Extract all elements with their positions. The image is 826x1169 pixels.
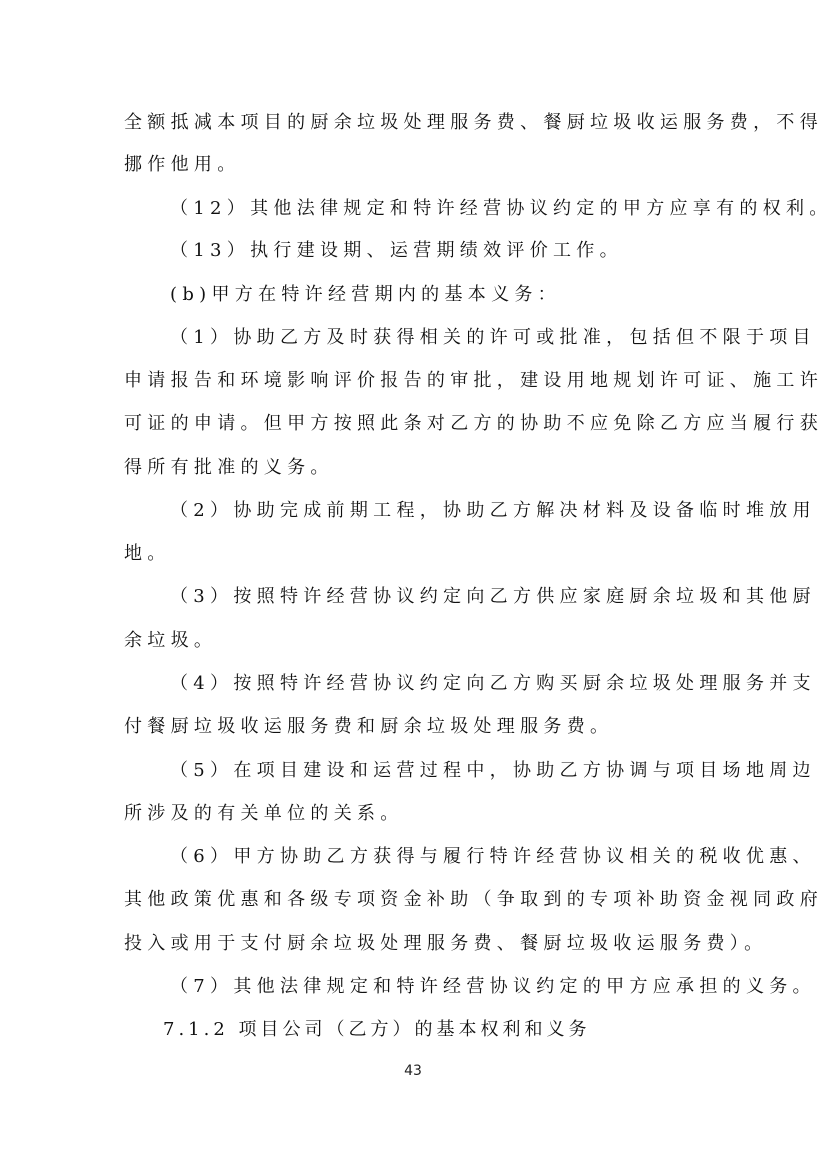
list-item-1: （1）协助乙方及时获得相关的许可或批准，包括但不限于项目 xyxy=(170,326,750,350)
list-item-5: （5）在项目建设和运营过程中，协助乙方协调与项目场地周边 xyxy=(170,759,750,783)
list-item-2: （2）协助完成前期工程，协助乙方解决材料及设备临时堆放用 xyxy=(170,499,750,523)
list-item-13: （13）执行建设期、运营期绩效评价工作。 xyxy=(170,239,750,263)
text-line: 付餐厨垃圾收运服务费和厨余垃圾处理服务费。 xyxy=(124,715,704,739)
text-line: 投入或用于支付厨余垃圾处理服务费、餐厨垃圾收运服务费）。 xyxy=(124,932,704,956)
text-line: 全额抵减本项目的厨余垃圾处理服务费、餐厨垃圾收运服务费，不得 xyxy=(124,111,704,135)
text-line: 所涉及的有关单位的关系。 xyxy=(124,802,704,826)
list-item-12: （12）其他法律规定和特许经营协议约定的甲方应享有的权利。 xyxy=(170,197,750,221)
text-line: 得所有批准的义务。 xyxy=(124,456,704,480)
text-line: 其他政策优惠和各级专项资金补助（争取到的专项补助资金视同政府 xyxy=(124,888,704,912)
list-item-7: （7）其他法律规定和特许经营协议约定的甲方应承担的义务。 xyxy=(170,975,750,999)
text-line: 余垃圾。 xyxy=(124,629,704,653)
list-item-3: （3）按照特许经营协议约定向乙方供应家庭厨余垃圾和其他厨 xyxy=(170,585,750,609)
document-page: 全额抵减本项目的厨余垃圾处理服务费、餐厨垃圾收运服务费，不得 挪作他用。 （12… xyxy=(0,0,826,1169)
text-line: 地。 xyxy=(124,542,704,566)
text-line: 可证的申请。但甲方按照此条对乙方的协助不应免除乙方应当履行获 xyxy=(124,412,704,436)
section-heading: 7.1.2 项目公司（乙方）的基本权利和义务 xyxy=(163,1018,743,1042)
text-line: 申请报告和环境影响评价报告的审批，建设用地规划许可证、施工许 xyxy=(124,369,704,393)
text-line: 挪作他用。 xyxy=(124,153,704,177)
page-number: 43 xyxy=(0,1063,826,1079)
list-item-4: （4）按照特许经营协议约定向乙方购买厨余垃圾处理服务并支 xyxy=(170,672,750,696)
list-item-6: （6）甲方协助乙方获得与履行特许经营协议相关的税收优惠、 xyxy=(170,845,750,869)
subsection-heading-b: (b)甲方在特许经营期内的基本义务： xyxy=(170,283,750,307)
